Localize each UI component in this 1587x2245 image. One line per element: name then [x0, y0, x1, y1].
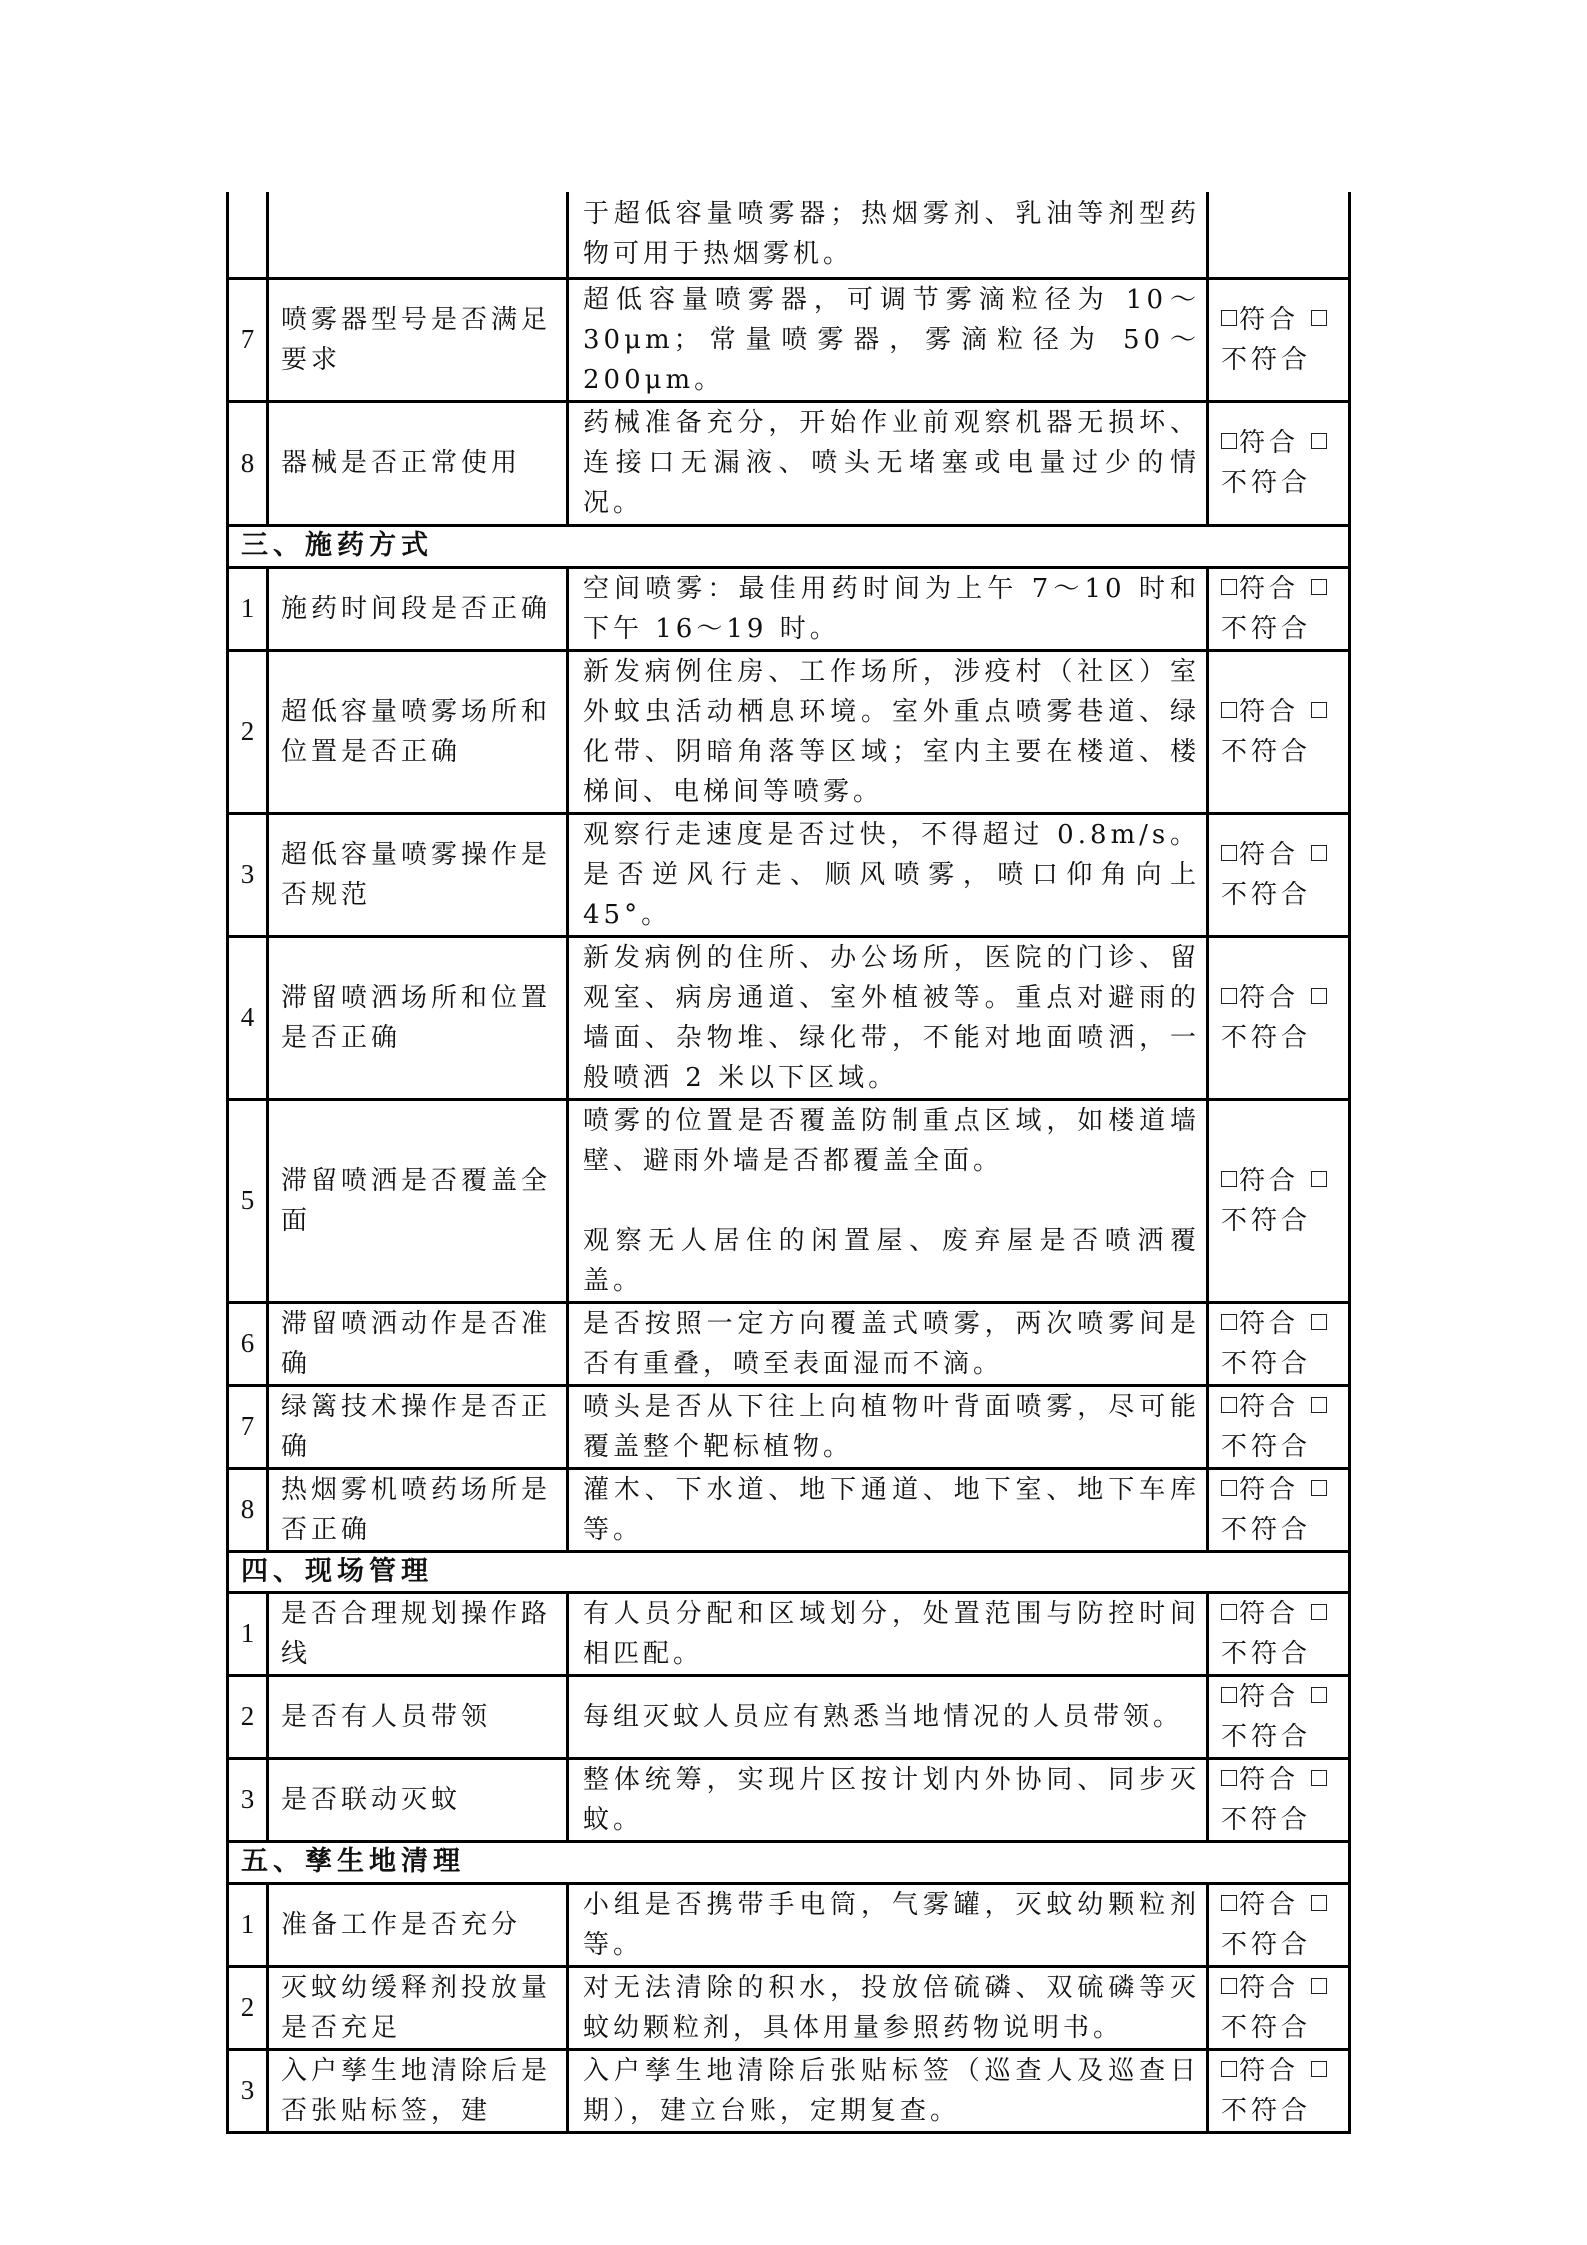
- conform-checkbox[interactable]: [1221, 702, 1237, 718]
- result-cell: 符合 不符合: [1208, 1966, 1350, 2049]
- nonconform-label: 不符合: [1221, 1639, 1311, 1669]
- section-header-row: 五、孳生地清理: [228, 1841, 1350, 1883]
- check-item: 超低容量喷雾操作是否规范: [268, 813, 568, 936]
- conform-checkbox[interactable]: [1221, 988, 1237, 1004]
- section-title: 五、孳生地清理: [228, 1841, 1350, 1883]
- table-row: 5滞留喷洒是否覆盖全面喷雾的位置是否覆盖防制重点区域，如楼道墙壁、避雨外墙是否都…: [228, 1099, 1350, 1302]
- result-cell: 符合 不符合: [1208, 1758, 1350, 1841]
- conform-label: 符合: [1239, 2056, 1299, 2086]
- result-cell: 符合 不符合: [1208, 1385, 1350, 1468]
- conform-checkbox[interactable]: [1221, 1480, 1237, 1496]
- conform-label: 符合: [1239, 1765, 1299, 1795]
- conform-checkbox[interactable]: [1221, 1397, 1237, 1413]
- conform-label: 符合: [1239, 983, 1299, 1013]
- row-number: 2: [228, 1675, 268, 1758]
- standard-cell: 整体统筹，实现片区按计划内外协同、同步灭蚊。: [568, 1758, 1208, 1841]
- standard-text: 每组灭蚊人员应有熟悉当地情况的人员带领。: [583, 1697, 1200, 1737]
- nonconform-label: 不符合: [1221, 1805, 1311, 1835]
- table-row: 1是否合理规划操作路线有人员分配和区域划分，处置范围与防控时间相匹配。符合 不符…: [228, 1592, 1350, 1675]
- standard-cell: 小组是否携带手电筒，气雾罐，灭蚊幼颗粒剂等。: [568, 1883, 1208, 1966]
- check-item: 入户孳生地清除后是否张贴标签，建: [268, 2049, 568, 2132]
- check-item: 喷雾器型号是否满足要求: [268, 278, 568, 401]
- standard-cell: 入户孳生地清除后张贴标签（巡查人及巡查日期），建立台账，定期复查。: [568, 2049, 1208, 2132]
- check-item: 器械是否正常使用: [268, 401, 568, 525]
- standard-cell: 空间喷雾：最佳用药时间为上午 7～10 时和下午 16～19 时。: [568, 567, 1208, 650]
- standard-cell: 药械准备充分，开始作业前观察机器无损坏、连接口无漏液、喷头无堵塞或电量过少的情况…: [568, 401, 1208, 525]
- result-cell: 符合 不符合: [1208, 936, 1350, 1099]
- conform-checkbox[interactable]: [1221, 1604, 1237, 1620]
- row-number: 7: [228, 278, 268, 401]
- table-row: 1施药时间段是否正确空间喷雾：最佳用药时间为上午 7～10 时和下午 16～19…: [228, 567, 1350, 650]
- table-row: 7喷雾器型号是否满足要求超低容量喷雾器，可调节雾滴粒径为 10～30μm；常量喷…: [228, 278, 1350, 401]
- standard-text: 喷头是否从下往上向植物叶背面喷雾，尽可能覆盖整个靶标植物。: [583, 1387, 1200, 1467]
- standard-text: 灌木、下水道、地下通道、地下室、地下车库等。: [583, 1470, 1200, 1550]
- conform-checkbox[interactable]: [1221, 1171, 1237, 1187]
- standard-text: 喷雾的位置是否覆盖防制重点区域，如楼道墙壁、避雨外墙是否都覆盖全面。: [583, 1101, 1200, 1181]
- conform-checkbox[interactable]: [1221, 2061, 1237, 2077]
- conform-label: 符合: [1239, 574, 1299, 604]
- conform-checkbox[interactable]: [1221, 845, 1237, 861]
- conform-checkbox[interactable]: [1221, 1770, 1237, 1786]
- row-number: 6: [228, 1302, 268, 1385]
- standard-cell: 观察行走速度是否过快，不得超过 0.8m/s。是否逆风行走、顺风喷雾，喷口仰角向…: [568, 813, 1208, 936]
- row-number: 3: [228, 813, 268, 936]
- row-number: 1: [228, 567, 268, 650]
- nonconform-checkbox[interactable]: [1311, 1687, 1327, 1703]
- standard-cell: 有人员分配和区域划分，处置范围与防控时间相匹配。: [568, 1592, 1208, 1675]
- table-row: 3超低容量喷雾操作是否规范观察行走速度是否过快，不得超过 0.8m/s。是否逆风…: [228, 813, 1350, 936]
- result-cell: 符合 不符合: [1208, 813, 1350, 936]
- row-number: 2: [228, 1966, 268, 2049]
- standard-text: 有人员分配和区域划分，处置范围与防控时间相匹配。: [583, 1594, 1200, 1674]
- check-item: 是否联动灭蚊: [268, 1758, 568, 1841]
- row-number: 3: [228, 1758, 268, 1841]
- standard-text: 新发病例住房、工作场所，涉疫村（社区）室外蚊虫活动栖息环境。室外重点喷雾巷道、绿…: [583, 652, 1200, 812]
- standard-text: 空间喷雾：最佳用药时间为上午 7～10 时和下午 16～19 时。: [583, 569, 1200, 649]
- standard-text: 观察无人居住的闲置屋、废弃屋是否喷洒覆盖。: [583, 1221, 1200, 1301]
- check-item: 滞留喷洒动作是否准确: [268, 1302, 568, 1385]
- standard-cell: 新发病例的住所、办公场所，医院的门诊、留观室、病房通道、室外植被等。重点对避雨的…: [568, 936, 1208, 1099]
- section-title: 四、现场管理: [228, 1551, 1350, 1592]
- check-item: 绿篱技术操作是否正确: [268, 1385, 568, 1468]
- nonconform-label: 不符合: [1221, 880, 1311, 910]
- standard-text: 药械准备充分，开始作业前观察机器无损坏、连接口无漏液、喷头无堵塞或电量过少的情况…: [583, 403, 1200, 523]
- continuation-row: 于超低容量喷雾器；热烟雾剂、乳油等剂型药物可用于热烟雾机。: [228, 192, 1350, 278]
- table-row: 8器械是否正常使用药械准备充分，开始作业前观察机器无损坏、连接口无漏液、喷头无堵…: [228, 401, 1350, 525]
- standard-text: 入户孳生地清除后张贴标签（巡查人及巡查日期），建立台账，定期复查。: [583, 2051, 1200, 2131]
- standard-cell: 于超低容量喷雾器；热烟雾剂、乳油等剂型药物可用于热烟雾机。: [568, 192, 1208, 278]
- standard-cell: 灌木、下水道、地下通道、地下室、地下车库等。: [568, 1468, 1208, 1551]
- nonconform-checkbox[interactable]: [1311, 579, 1327, 595]
- table-row: 6滞留喷洒动作是否准确是否按照一定方向覆盖式喷雾，两次喷雾间是否有重叠，喷至表面…: [228, 1302, 1350, 1385]
- nonconform-checkbox[interactable]: [1311, 1978, 1327, 1994]
- result-cell: 符合 不符合: [1208, 1592, 1350, 1675]
- nonconform-checkbox[interactable]: [1311, 845, 1327, 861]
- standard-text: 整体统筹，实现片区按计划内外协同、同步灭蚊。: [583, 1760, 1200, 1840]
- table-row: 7绿篱技术操作是否正确喷头是否从下往上向植物叶背面喷雾，尽可能覆盖整个靶标植物。…: [228, 1385, 1350, 1468]
- section-title: 三、施药方式: [228, 525, 1350, 567]
- standard-text: 对无法清除的积水，投放倍硫磷、双硫磷等灭蚊幼颗粒剂，具体用量参照药物说明书。: [583, 1968, 1200, 2048]
- conform-label: 符合: [1239, 1392, 1299, 1422]
- row-number: 8: [228, 401, 268, 525]
- empty-cell: [228, 192, 268, 278]
- result-cell: 符合 不符合: [1208, 401, 1350, 525]
- conform-checkbox[interactable]: [1221, 310, 1237, 326]
- standard-text: 观察行走速度是否过快，不得超过 0.8m/s。是否逆风行走、顺风喷雾，喷口仰角向…: [583, 815, 1200, 935]
- nonconform-checkbox[interactable]: [1311, 1480, 1327, 1496]
- row-number: 3: [228, 2049, 268, 2132]
- result-cell: 符合 不符合: [1208, 278, 1350, 401]
- nonconform-checkbox[interactable]: [1311, 1397, 1327, 1413]
- result-cell: 符合 不符合: [1208, 1468, 1350, 1551]
- row-number: 7: [228, 1385, 268, 1468]
- standard-cell: 喷雾的位置是否覆盖防制重点区域，如楼道墙壁、避雨外墙是否都覆盖全面。观察无人居住…: [568, 1099, 1208, 1302]
- table-row: 1准备工作是否充分小组是否携带手电筒，气雾罐，灭蚊幼颗粒剂等。符合 不符合: [228, 1883, 1350, 1966]
- nonconform-label: 不符合: [1221, 1432, 1311, 1462]
- check-item: 是否合理规划操作路线: [268, 1592, 568, 1675]
- check-item: 滞留喷洒场所和位置是否正确: [268, 936, 568, 1099]
- conform-label: 符合: [1239, 1309, 1299, 1339]
- conform-checkbox[interactable]: [1221, 1978, 1237, 1994]
- nonconform-label: 不符合: [1221, 737, 1311, 767]
- conform-checkbox[interactable]: [1221, 1895, 1237, 1911]
- inspection-table-page: 于超低容量喷雾器；热烟雾剂、乳油等剂型药物可用于热烟雾机。7喷雾器型号是否满足要…: [226, 192, 1348, 2134]
- result-cell: 符合 不符合: [1208, 2049, 1350, 2132]
- conform-checkbox[interactable]: [1221, 433, 1237, 449]
- nonconform-label: 不符合: [1221, 1349, 1311, 1379]
- conform-label: 符合: [1239, 1890, 1299, 1920]
- nonconform-checkbox[interactable]: [1311, 433, 1327, 449]
- conform-label: 符合: [1239, 697, 1299, 727]
- nonconform-label: 不符合: [1221, 1023, 1311, 1053]
- nonconform-checkbox[interactable]: [1311, 1770, 1327, 1786]
- table-row: 2灭蚊幼缓释剂投放量是否充足对无法清除的积水，投放倍硫磷、双硫磷等灭蚊幼颗粒剂，…: [228, 1966, 1350, 2049]
- check-item: 准备工作是否充分: [268, 1883, 568, 1966]
- inspection-checklist-table: 于超低容量喷雾器；热烟雾剂、乳油等剂型药物可用于热烟雾机。7喷雾器型号是否满足要…: [226, 192, 1351, 2134]
- standard-cell: 喷头是否从下往上向植物叶背面喷雾，尽可能覆盖整个靶标植物。: [568, 1385, 1208, 1468]
- conform-checkbox[interactable]: [1221, 1314, 1237, 1330]
- conform-label: 符合: [1239, 840, 1299, 870]
- nonconform-checkbox[interactable]: [1311, 1604, 1327, 1620]
- check-item: 是否有人员带领: [268, 1675, 568, 1758]
- row-number: 4: [228, 936, 268, 1099]
- nonconform-checkbox[interactable]: [1311, 702, 1327, 718]
- nonconform-checkbox[interactable]: [1311, 1895, 1327, 1911]
- conform-label: 符合: [1239, 428, 1299, 458]
- nonconform-label: 不符合: [1221, 2096, 1311, 2126]
- conform-label: 符合: [1239, 1599, 1299, 1629]
- result-cell: 符合 不符合: [1208, 1675, 1350, 1758]
- row-number: 2: [228, 650, 268, 813]
- nonconform-label: 不符合: [1221, 1206, 1311, 1236]
- check-item: 超低容量喷雾场所和位置是否正确: [268, 650, 568, 813]
- standard-cell: 新发病例住房、工作场所，涉疫村（社区）室外蚊虫活动栖息环境。室外重点喷雾巷道、绿…: [568, 650, 1208, 813]
- table-row: 3入户孳生地清除后是否张贴标签，建入户孳生地清除后张贴标签（巡查人及巡查日期），…: [228, 2049, 1350, 2132]
- table-row: 3是否联动灭蚊整体统筹，实现片区按计划内外协同、同步灭蚊。符合 不符合: [228, 1758, 1350, 1841]
- result-cell: 符合 不符合: [1208, 1302, 1350, 1385]
- nonconform-label: 不符合: [1221, 1930, 1311, 1960]
- check-item: 施药时间段是否正确: [268, 567, 568, 650]
- row-number: 5: [228, 1099, 268, 1302]
- check-item: 滞留喷洒是否覆盖全面: [268, 1099, 568, 1302]
- row-number: 8: [228, 1468, 268, 1551]
- nonconform-label: 不符合: [1221, 345, 1311, 375]
- standard-text: 是否按照一定方向覆盖式喷雾，两次喷雾间是否有重叠，喷至表面湿而不滴。: [583, 1304, 1200, 1384]
- nonconform-checkbox[interactable]: [1311, 1314, 1327, 1330]
- section-header-row: 四、现场管理: [228, 1551, 1350, 1592]
- standard-cell: 对无法清除的积水，投放倍硫磷、双硫磷等灭蚊幼颗粒剂，具体用量参照药物说明书。: [568, 1966, 1208, 2049]
- nonconform-checkbox[interactable]: [1311, 2061, 1327, 2077]
- row-number: 1: [228, 1883, 268, 1966]
- result-cell: 符合 不符合: [1208, 1883, 1350, 1966]
- conform-label: 符合: [1239, 1682, 1299, 1712]
- nonconform-checkbox[interactable]: [1311, 310, 1327, 326]
- check-item: 灭蚊幼缓释剂投放量是否充足: [268, 1966, 568, 2049]
- standard-text: 于超低容量喷雾器；热烟雾剂、乳油等剂型药物可用于热烟雾机。: [583, 194, 1200, 274]
- standard-text: 新发病例的住所、办公场所，医院的门诊、留观室、病房通道、室外植被等。重点对避雨的…: [583, 938, 1200, 1098]
- standard-cell: 每组灭蚊人员应有熟悉当地情况的人员带领。: [568, 1675, 1208, 1758]
- standard-text: 小组是否携带手电筒，气雾罐，灭蚊幼颗粒剂等。: [583, 1885, 1200, 1965]
- nonconform-checkbox[interactable]: [1311, 1171, 1327, 1187]
- check-item: 热烟雾机喷药场所是否正确: [268, 1468, 568, 1551]
- row-number: 1: [228, 1592, 268, 1675]
- conform-checkbox[interactable]: [1221, 579, 1237, 595]
- empty-cell: [268, 192, 568, 278]
- nonconform-label: 不符合: [1221, 614, 1311, 644]
- nonconform-label: 不符合: [1221, 1722, 1311, 1752]
- conform-label: 符合: [1239, 1166, 1299, 1196]
- conform-label: 符合: [1239, 1973, 1299, 2003]
- table-row: 8热烟雾机喷药场所是否正确灌木、下水道、地下通道、地下室、地下车库等。符合 不符…: [228, 1468, 1350, 1551]
- nonconform-label: 不符合: [1221, 2013, 1311, 2043]
- result-cell: 符合 不符合: [1208, 567, 1350, 650]
- standard-cell: 超低容量喷雾器，可调节雾滴粒径为 10～30μm；常量喷雾器，雾滴粒径为 50～…: [568, 278, 1208, 401]
- result-cell: 符合 不符合: [1208, 650, 1350, 813]
- nonconform-label: 不符合: [1221, 468, 1311, 498]
- section-header-row: 三、施药方式: [228, 525, 1350, 567]
- conform-label: 符合: [1239, 305, 1299, 335]
- nonconform-label: 不符合: [1221, 1515, 1311, 1545]
- table-row: 4滞留喷洒场所和位置是否正确新发病例的住所、办公场所，医院的门诊、留观室、病房通…: [228, 936, 1350, 1099]
- nonconform-checkbox[interactable]: [1311, 988, 1327, 1004]
- standard-text: 超低容量喷雾器，可调节雾滴粒径为 10～30μm；常量喷雾器，雾滴粒径为 50～…: [583, 280, 1200, 400]
- conform-checkbox[interactable]: [1221, 1687, 1237, 1703]
- standard-cell: 是否按照一定方向覆盖式喷雾，两次喷雾间是否有重叠，喷至表面湿而不滴。: [568, 1302, 1208, 1385]
- empty-cell: [1208, 192, 1350, 278]
- table-row: 2是否有人员带领每组灭蚊人员应有熟悉当地情况的人员带领。符合 不符合: [228, 1675, 1350, 1758]
- conform-label: 符合: [1239, 1475, 1299, 1505]
- table-row: 2超低容量喷雾场所和位置是否正确新发病例住房、工作场所，涉疫村（社区）室外蚊虫活…: [228, 650, 1350, 813]
- result-cell: 符合 不符合: [1208, 1099, 1350, 1302]
